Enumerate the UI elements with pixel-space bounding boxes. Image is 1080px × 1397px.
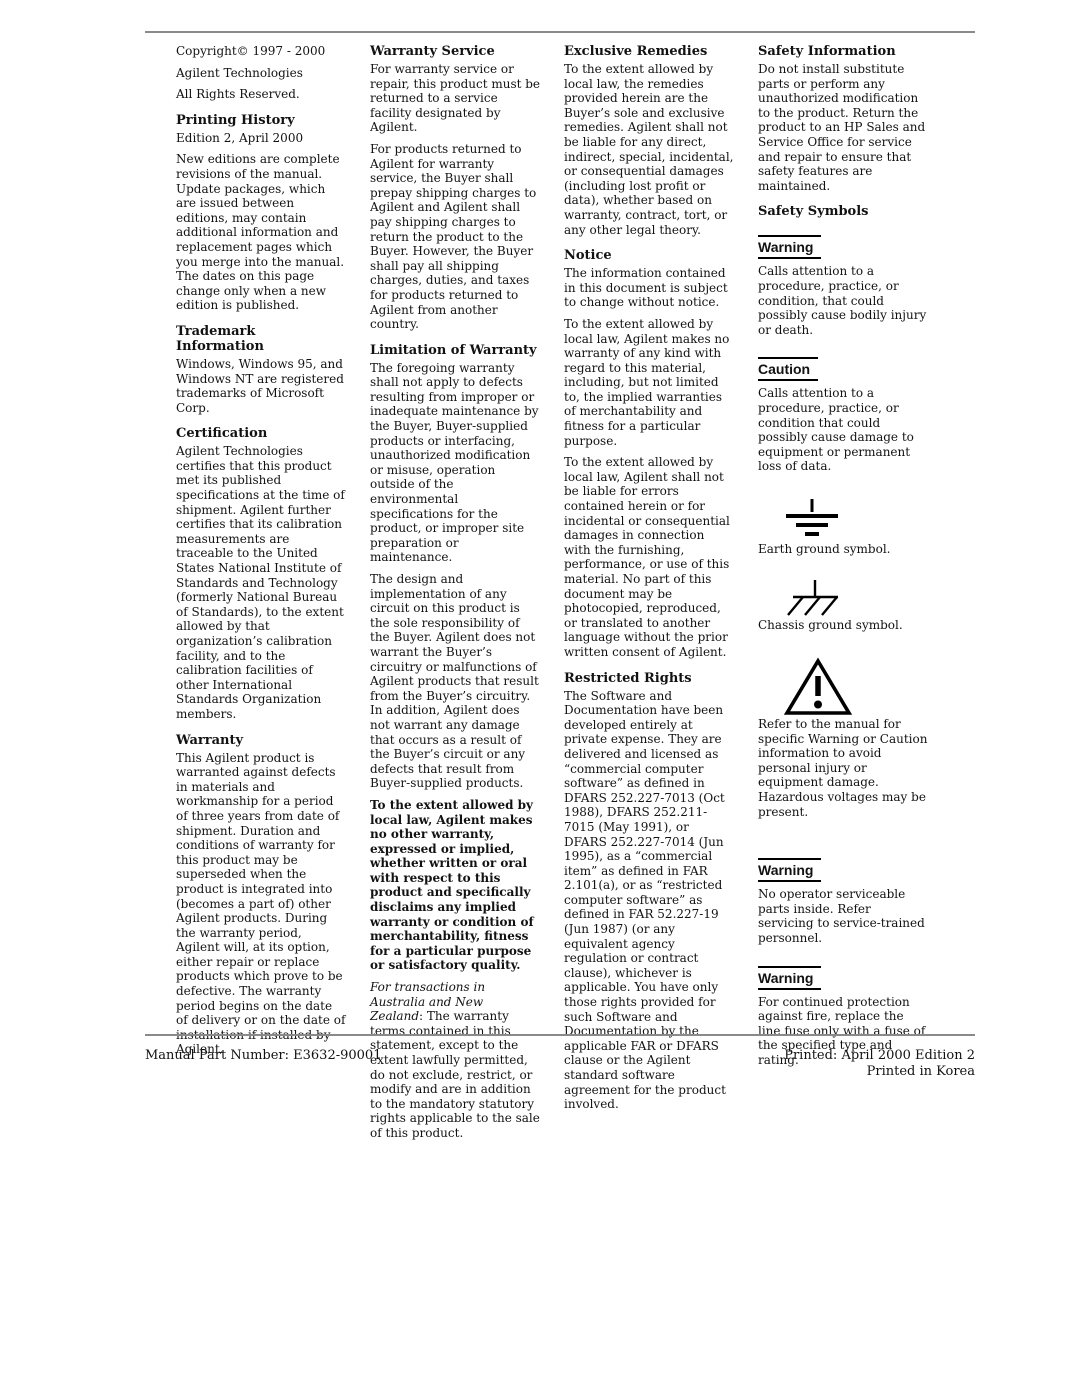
heading-restricted-rights: Restricted Rights: [564, 671, 734, 686]
copyright-line: Copyright© 1997 - 2000: [176, 44, 346, 59]
caution-label: Caution: [758, 357, 818, 381]
australia-new-zealand-rest: : The warranty terms contained in this s…: [370, 1009, 540, 1140]
heading-safety-symbols: Safety Symbols: [758, 204, 928, 219]
exclusive-remedies-body: To the extent allowed by local law, the …: [564, 62, 734, 237]
heading-trademark-information: Trademark Information: [176, 324, 346, 354]
print-info-line2: Printed in Korea: [784, 1064, 975, 1080]
earth-ground-icon: [784, 498, 840, 542]
caution-block: Caution Calls attention to a procedure, …: [758, 344, 928, 474]
print-info: Printed: April 2000 Edition 2 Printed in…: [784, 1048, 975, 1080]
limitation-p2: The design and implementation of any cir…: [370, 572, 540, 791]
warning-triangle-block: Refer to the manual for specific Warning…: [758, 657, 928, 819]
warning-block-2: Warning No operator serviceable parts in…: [758, 845, 928, 945]
manual-part-number: Manual Part Number: E3632-90001: [145, 1048, 381, 1064]
edition-line: Edition 2, April 2000: [176, 131, 346, 146]
earth-ground-block: Earth ground symbol.: [758, 498, 928, 557]
safety-information-body: Do not install substitute parts or perfo…: [758, 62, 928, 193]
warning-2-body: No operator serviceable parts inside. Re…: [758, 887, 928, 945]
column-remedies-notice: Exclusive Remedies To the extent allowed…: [564, 44, 734, 1148]
certification-body: Agilent Technologies certifies that this…: [176, 444, 346, 721]
printing-history-body: New editions are complete revisions of t…: [176, 152, 346, 313]
heading-safety-information: Safety Information: [758, 44, 928, 59]
heading-limitation-of-warranty: Limitation of Warranty: [370, 343, 540, 358]
warning-1-body: Calls attention to a procedure, practice…: [758, 264, 928, 337]
warning-block-1: Warning Calls attention to a procedure, …: [758, 222, 928, 337]
restricted-rights-body: The Software and Documentation have been…: [564, 689, 734, 1112]
warning-label: Warning: [758, 858, 821, 882]
earth-ground-caption: Earth ground symbol.: [758, 542, 928, 557]
alert-caption-line1: Refer to the manual for specific Warning…: [758, 717, 928, 790]
warning-label: Warning: [758, 235, 821, 259]
warranty-body: This Agilent product is warranted agains…: [176, 751, 346, 1057]
chassis-ground-icon: [784, 580, 842, 618]
notice-p2: To the extent allowed by local law, Agil…: [564, 317, 734, 448]
top-rule: [145, 31, 975, 33]
footer-rule: [145, 1034, 975, 1036]
trademark-body: Windows, Windows 95, and Windows NT are …: [176, 357, 346, 415]
notice-p3: To the extent allowed by local law, Agil…: [564, 455, 734, 659]
alert-caption-line2: Hazardous voltages may be present.: [758, 790, 928, 819]
limitation-p1: The foregoing warranty shall not apply t…: [370, 361, 540, 565]
warranty-service-p2: For products returned to Agilent for war…: [370, 142, 540, 332]
australia-new-zealand-para: For transactions in Australia and New Ze…: [370, 980, 540, 1141]
chassis-ground-caption: Chassis ground symbol.: [758, 618, 928, 633]
copyright-line: All Rights Reserved.: [176, 87, 346, 102]
heading-warranty: Warranty: [176, 733, 346, 748]
caution-body: Calls attention to a procedure, practice…: [758, 386, 928, 474]
heading-exclusive-remedies: Exclusive Remedies: [564, 44, 734, 59]
chassis-ground-block: Chassis ground symbol.: [758, 580, 928, 633]
print-info-line1: Printed: April 2000 Edition 2: [784, 1048, 975, 1064]
warning-label: Warning: [758, 966, 821, 990]
heading-certification: Certification: [176, 426, 346, 441]
column-warranty-service: Warranty Service For warranty service or…: [370, 44, 540, 1148]
column-safety: Safety Information Do not install substi…: [758, 44, 928, 1148]
column-copyright: Copyright© 1997 - 2000 Agilent Technolog…: [176, 44, 346, 1148]
manual-copyright-page: Copyright© 1997 - 2000 Agilent Technolog…: [0, 0, 1080, 1397]
no-other-warranty-bold-para: To the extent allowed by local law, Agil…: [370, 798, 540, 973]
copyright-line: Agilent Technologies: [176, 66, 346, 81]
notice-p1: The information contained in this docume…: [564, 266, 734, 310]
warning-triangle-icon: [784, 657, 852, 717]
columns-container: Copyright© 1997 - 2000 Agilent Technolog…: [176, 44, 942, 1148]
heading-printing-history: Printing History: [176, 113, 346, 128]
warranty-service-p1: For warranty service or repair, this pro…: [370, 62, 540, 135]
heading-warranty-service: Warranty Service: [370, 44, 540, 59]
heading-notice: Notice: [564, 248, 734, 263]
